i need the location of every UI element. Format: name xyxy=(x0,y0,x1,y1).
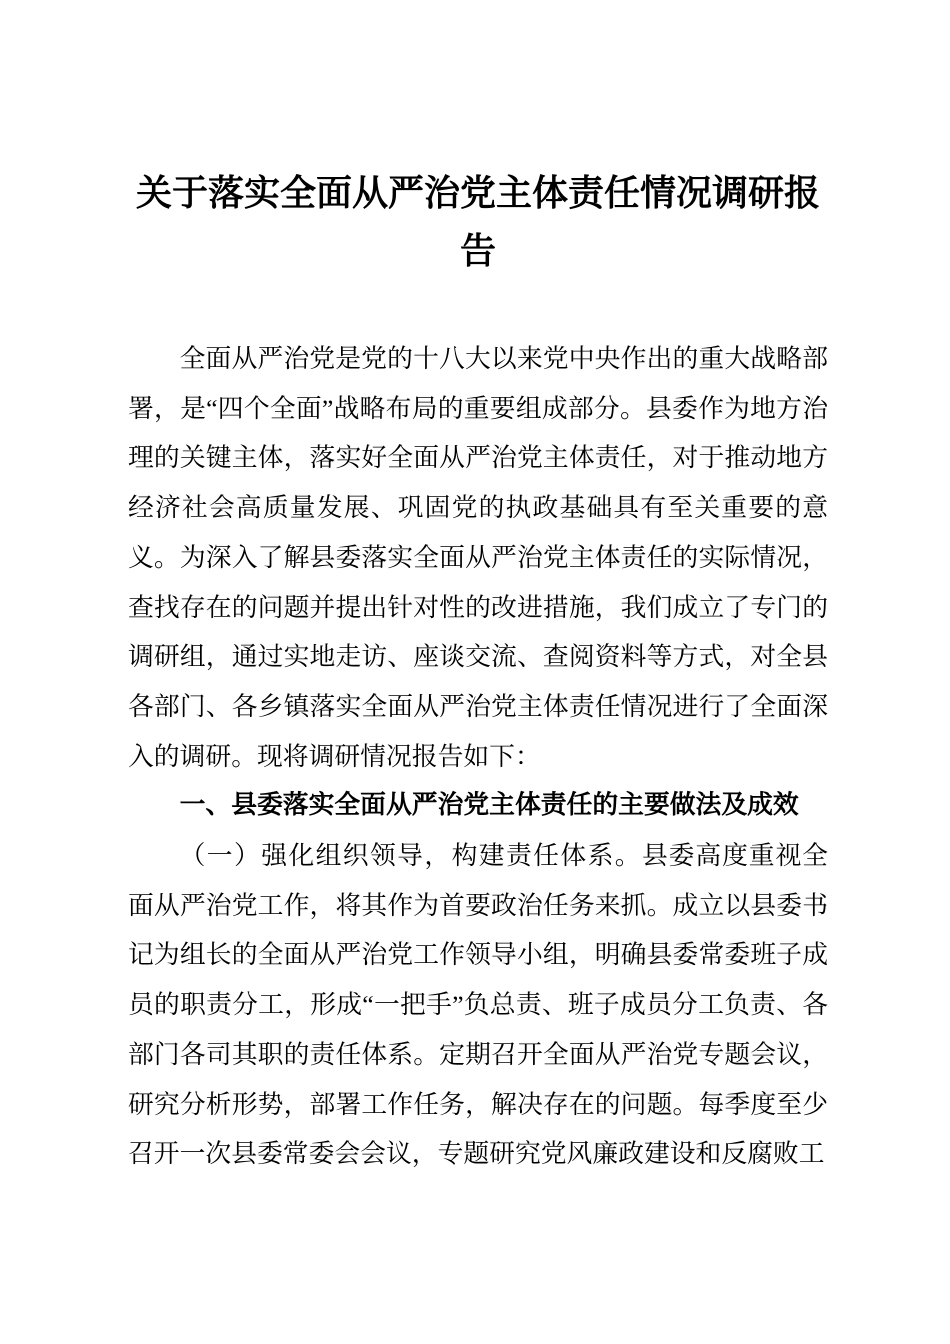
subsection-1-paragraph: （一）强化组织领导，构建责任体系。县委高度重视全面从严治党工作，将其作为首要政治… xyxy=(128,831,828,1179)
subsection-1-lead: （一）强化组织领导，构建责任体系。 xyxy=(180,841,642,870)
intro-paragraph: 全面从严治党是党的十八大以来党中央作出的重大战略部署，是“四个全面”战略布局的重… xyxy=(128,334,828,781)
section-1-heading: 一、县委落实全面从严治党主体责任的主要做法及成效 xyxy=(128,781,828,831)
document-page: 关于落实全面从严治党主体责任情况调研报告 全面从严治党是党的十八大以来党中央作出… xyxy=(0,0,950,1344)
subsection-1-text: 县委高度重视全面从严治党工作，将其作为首要政治任务来抓。成立以县委书记为组长的全… xyxy=(128,841,828,1168)
document-title: 关于落实全面从严治党主体责任情况调研报告 xyxy=(128,164,828,280)
